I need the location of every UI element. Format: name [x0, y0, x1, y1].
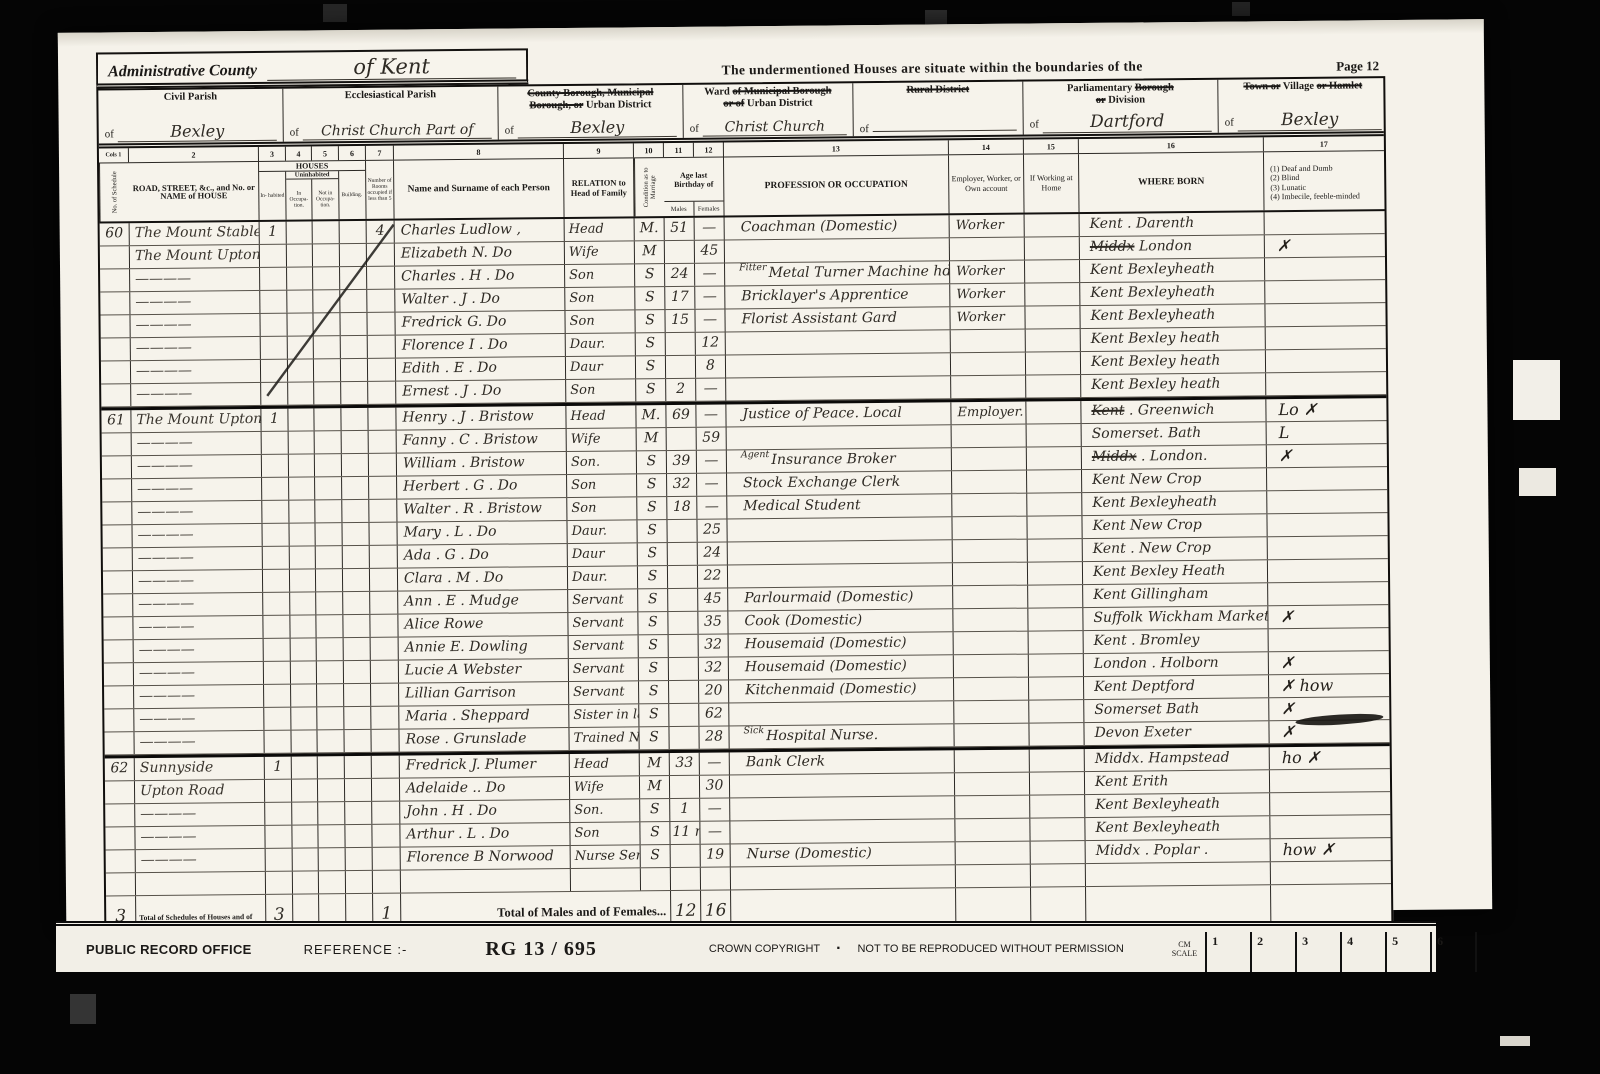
- name-header: Name and Surname of each Person: [394, 159, 565, 219]
- rooms-cell: [368, 336, 396, 358]
- address-cell: ————: [134, 685, 264, 708]
- infirmity-cell: [1266, 349, 1386, 372]
- rooms-cell: [368, 359, 396, 381]
- inserted-word: Fitter: [739, 261, 767, 278]
- age-female-cell: 30: [700, 775, 730, 797]
- working-at-home-cell: [1029, 723, 1084, 746]
- building-cell: [342, 477, 369, 499]
- occupation-text: Kitchenmaid (Domestic): [745, 681, 917, 699]
- scan-artifact: [1500, 1036, 1530, 1046]
- inhabited-cell: [263, 616, 290, 638]
- ruler-cell: 4: [1340, 932, 1385, 972]
- inhabited-cell: [260, 245, 287, 267]
- schedule-number-cell: [104, 732, 134, 754]
- employer-cell: [953, 540, 1028, 563]
- civil-parish-cell: Civil Parish ofBexley: [98, 89, 284, 144]
- schedule-number-cell: [105, 781, 135, 803]
- where-born-text: Kent Bexley heath: [1091, 330, 1220, 347]
- struck-text: Town or: [1243, 81, 1280, 92]
- occupation-cell: [730, 773, 955, 797]
- where-born-cell: Kent . Darenth: [1080, 212, 1265, 236]
- not-in-occupation-cell: [318, 825, 345, 847]
- column-number: 15: [1024, 139, 1079, 154]
- rooms-cell: [370, 546, 398, 568]
- occupation-cell: [728, 563, 953, 587]
- not-in-occupation-cell: [316, 592, 343, 614]
- employer-cell: [954, 678, 1029, 701]
- condition-cell: S: [640, 799, 670, 821]
- schedule-number-cell: [102, 525, 132, 547]
- occupation-cell: AgentInsurance Broker: [727, 448, 952, 472]
- not-in-occupation-cell: [314, 382, 341, 404]
- condition-cell: S: [639, 635, 669, 657]
- where-born-cell: Kent Bexleyheath: [1085, 793, 1270, 817]
- in-occupation-cell: [292, 802, 318, 824]
- relation-cell: Son: [565, 310, 635, 333]
- employer-cell: Worker: [950, 261, 1025, 284]
- where-born-text: London . Holborn: [1094, 655, 1219, 672]
- building-cell: [346, 848, 373, 870]
- infirmity-cell: ✗: [1265, 234, 1385, 257]
- condition-cell: M: [637, 428, 667, 450]
- in-occupation-cell: [288, 336, 314, 358]
- town-village-label: Town or Village or Hamlet: [1222, 80, 1383, 93]
- name-cell: Henry . J . Bristow: [396, 406, 566, 430]
- infirmity-line: (1) Deaf and Dumb: [1270, 163, 1333, 173]
- not-in-occupation-cell: [315, 500, 342, 522]
- age-male-cell: [666, 333, 696, 355]
- struck-text: Borough: [1135, 82, 1174, 93]
- page-number: Page 12: [1336, 58, 1385, 76]
- building-cell: [340, 244, 367, 266]
- inhabited-cell: [264, 731, 291, 753]
- schedule-number-cell: [102, 433, 132, 455]
- building-cell: [343, 592, 370, 614]
- in-occupation-cell: [289, 431, 315, 453]
- ruler-cell: 1: [1205, 932, 1250, 972]
- schedule-number-cell: [100, 269, 130, 291]
- where-born-text: Kent Erith: [1095, 773, 1169, 790]
- age-female-cell: 32: [699, 634, 729, 656]
- column-number: 17: [1264, 136, 1384, 151]
- struck-text: Middx: [1090, 239, 1135, 255]
- condition-cell: M: [640, 753, 670, 775]
- age-male-cell: [669, 727, 699, 749]
- rooms-cell: [369, 523, 397, 545]
- females-header: Females: [694, 201, 724, 215]
- of-word: of: [105, 128, 114, 140]
- occupation-text: Nurse (Domestic): [747, 845, 872, 862]
- ruler-cell: 3: [1295, 932, 1340, 972]
- age-female-cell: 45: [698, 588, 728, 610]
- relation-cell: Sister in law: [569, 704, 639, 727]
- relation-cell: [571, 868, 641, 891]
- where-born-text: Kent New Crop: [1092, 517, 1201, 534]
- schedule-number-cell: [102, 479, 132, 501]
- label-text: Urban District: [747, 97, 813, 109]
- ruler-cell: [1475, 932, 1520, 972]
- condition-cell: S: [637, 497, 667, 519]
- working-at-home-cell: [1031, 864, 1086, 887]
- occupation-cell: [725, 238, 950, 262]
- infirmity-cell: [1265, 280, 1385, 303]
- employer-cell: [955, 773, 1030, 796]
- infirmity-cell: [1269, 628, 1389, 651]
- working-at-home-cell: [1027, 493, 1082, 516]
- column-number: 9: [564, 143, 634, 158]
- infirmity-cell: ✗: [1269, 697, 1389, 720]
- rooms-cell: [369, 431, 397, 453]
- age-male-cell: [669, 704, 699, 726]
- relation-cell: Wife: [565, 241, 635, 264]
- working-at-home-cell: [1029, 654, 1084, 677]
- age-female-cell: 28: [699, 726, 729, 748]
- working-at-home-cell: [1029, 631, 1084, 654]
- relation-cell: Son: [565, 264, 635, 287]
- where-born-cell: Kent Bexleyheath: [1082, 491, 1267, 515]
- occupation-text: Insurance Broker: [771, 451, 895, 468]
- ruler-cell: 6: [1430, 932, 1475, 972]
- rural-district-label: Rural District: [906, 84, 969, 96]
- label-text: Ward: [704, 86, 730, 97]
- schedule-number-cell: [101, 384, 131, 406]
- condition-cell: M: [635, 241, 665, 263]
- scan-artifact: [323, 4, 347, 22]
- name-cell: Ann . E . Mudge: [398, 590, 568, 614]
- condition-cell: S: [636, 333, 666, 355]
- age-title: Age last Birthday of: [664, 157, 723, 201]
- working-at-home-cell: [1028, 608, 1083, 631]
- inhabited-cell: [264, 708, 291, 730]
- working-at-home-cell: [1030, 795, 1085, 818]
- in-occupation-cell: [293, 871, 319, 893]
- employer-cell: [952, 425, 1027, 448]
- working-at-home-cell: [1025, 283, 1080, 306]
- age-male-cell: [666, 356, 696, 378]
- ward-value: Christ Church: [703, 118, 847, 136]
- occupation-cell: Housemaid (Domestic): [729, 655, 954, 679]
- address-cell: ————: [130, 314, 260, 337]
- struck-text: or: [1096, 94, 1106, 105]
- schedule-number-cell: 61: [101, 410, 131, 432]
- ward-cell: Ward of Municipal Borough or of Urban Di…: [683, 83, 854, 138]
- column-number: 12: [694, 142, 724, 156]
- where-born-cell: Somerset Bath: [1084, 698, 1269, 722]
- relation-cell: Daur: [568, 543, 638, 566]
- address-cell: [136, 872, 266, 895]
- crown-copyright-label: CROWN COPYRIGHT: [709, 943, 820, 955]
- rural-district-cell: Rural District of: [853, 82, 1024, 137]
- scan-artifact: [70, 994, 96, 1024]
- in-occupation-cell: [289, 454, 315, 476]
- age-female-cell: —: [696, 378, 726, 400]
- working-at-home-cell: [1026, 401, 1081, 424]
- not-in-occupation-cell: [317, 707, 344, 729]
- scan-artifact: [1519, 468, 1556, 496]
- employer-cell: [952, 494, 1027, 517]
- schedule-number-cell: [104, 709, 134, 731]
- label-text: Village: [1283, 81, 1314, 92]
- occupation-cell: Florist Assistant Gard: [725, 307, 950, 331]
- inhabited-cell: [266, 849, 293, 871]
- struck-text: Middx: [1092, 449, 1137, 465]
- where-born-text: Middx. Hampstead: [1095, 750, 1230, 767]
- parliamentary-cell: Parliamentary Borough or Division ofDart…: [1023, 80, 1218, 135]
- relation-cell: Son: [570, 822, 640, 845]
- employer-cell: Worker: [950, 307, 1025, 330]
- census-scan-page: { "admin": { "label": "Administrative Co…: [0, 0, 1600, 1074]
- where-born-cell: Kent Bexleyheath: [1085, 816, 1270, 840]
- condition-cell: S: [635, 264, 665, 286]
- building-cell: [342, 523, 369, 545]
- rooms-cell: [368, 382, 396, 404]
- footer-bar: PUBLIC RECORD OFFICE REFERENCE :- RG 13 …: [56, 921, 1436, 972]
- not-in-occupation-cell: [314, 408, 341, 430]
- inhabited-cell: [263, 547, 290, 569]
- inhabited-cell: [261, 383, 288, 405]
- inhabited-cell: [262, 455, 289, 477]
- infirmity-cell: Lo ✗: [1266, 398, 1386, 421]
- address-cell: ————: [134, 708, 264, 731]
- where-born-text: Kent Bexley heath: [1091, 353, 1220, 370]
- condition-cell: S: [636, 356, 666, 378]
- table-frame: Civil Parish ofBexley Ecclesiastical Par…: [96, 76, 1393, 943]
- scan-artifact: [1513, 360, 1560, 420]
- age-male-cell: [668, 543, 698, 565]
- relation-cell: Son: [567, 474, 637, 497]
- age-male-cell: [669, 681, 699, 703]
- occupation-cell: Bank Clerk: [730, 750, 955, 774]
- age-female-cell: —: [696, 404, 726, 426]
- cm-ruler: 1 2 3 4 5 6: [1205, 932, 1520, 972]
- schedule-number-cell: [100, 315, 130, 337]
- relation-cell: Servant: [568, 589, 638, 612]
- occupation-cell: Medical Student: [727, 494, 952, 518]
- infirmity-line: (2) Blind: [1270, 173, 1299, 183]
- age-male-cell: 2: [666, 379, 696, 401]
- occupation-cell: [730, 796, 955, 820]
- administrative-county-value: of Kent: [267, 53, 516, 80]
- building-cell: [345, 802, 372, 824]
- occupation-cell: [726, 353, 951, 377]
- occupation-cell: [730, 819, 955, 843]
- relation-cell: Servant: [569, 635, 639, 658]
- infirmity-cell: [1267, 467, 1387, 490]
- condition-cell: M.: [635, 218, 665, 240]
- not-in-occupation-cell: [313, 244, 340, 266]
- working-at-home-cell: [1027, 470, 1082, 493]
- in-occupation-cell: [290, 546, 316, 568]
- of-word: of: [860, 123, 869, 135]
- rooms-cell: [372, 756, 400, 778]
- struck-text: or of: [723, 98, 744, 109]
- not-in-occupation-cell: [318, 756, 345, 778]
- age-female-cell: [701, 867, 731, 889]
- inhabited-cell: [260, 314, 287, 336]
- parliamentary-label: Parliamentary Borough or Division: [1027, 82, 1213, 107]
- building-cell: [344, 638, 371, 660]
- building-cell: [345, 779, 372, 801]
- working-at-home-cell: [1025, 306, 1080, 329]
- not-in-occupation-cell: [313, 221, 340, 243]
- employer-cell: [953, 609, 1028, 632]
- name-cell: Ada . G . Do: [398, 544, 568, 568]
- building-cell: [343, 615, 370, 637]
- age-male-cell: [671, 868, 701, 890]
- address-cell: ————: [132, 455, 262, 478]
- address-cell: ————: [132, 501, 262, 524]
- occupation-text: Metal Turner Machine hd.: [768, 263, 950, 281]
- schedule-number-cell: [104, 686, 134, 708]
- name-cell: Fredrick J. Plumer: [400, 754, 570, 778]
- where-born-cell: Kent . Greenwich: [1081, 399, 1266, 423]
- employer-cell: [954, 632, 1029, 655]
- age-female-cell: —: [700, 798, 730, 820]
- rooms-cell: [371, 684, 399, 706]
- infirmity-cell: how ✗: [1271, 838, 1391, 861]
- name-cell: Fredrick G. Do: [395, 311, 565, 335]
- occupation-cell: SickHospital Nurse.: [729, 724, 954, 748]
- rooms-cell: [372, 779, 400, 801]
- occupation-cell: Justice of Peace. Local: [726, 402, 951, 426]
- building-cell: [343, 569, 370, 591]
- scan-artifact: [1232, 2, 1250, 16]
- working-at-home-cell: [1026, 375, 1081, 398]
- schedule-number-cell: [102, 456, 132, 478]
- where-born-cell: Kent Bexleyheath: [1080, 281, 1265, 305]
- where-born-text: London: [1134, 238, 1192, 255]
- working-at-home-cell: [1029, 700, 1084, 723]
- rooms-cell: [370, 569, 398, 591]
- schedule-number-cell: [103, 617, 133, 639]
- name-cell: Herbert . G . Do: [397, 475, 567, 499]
- not-in-occupation-cell: [313, 290, 340, 312]
- civil-parish-value: Bexley: [118, 121, 277, 143]
- condition-cell: S: [635, 287, 665, 309]
- struck-text: or Hamlet: [1317, 80, 1363, 91]
- age-female-cell: —: [700, 821, 730, 843]
- address-cell: ————: [132, 524, 262, 547]
- civil-parish-label: Civil Parish: [102, 91, 278, 104]
- address-cell: ————: [131, 360, 261, 383]
- in-occupation-cell: [288, 359, 314, 381]
- building-cell: [340, 313, 367, 335]
- where-born-cell: Kent Gillingham: [1083, 583, 1268, 607]
- age-male-cell: [665, 241, 695, 263]
- condition-cell: S: [641, 845, 671, 867]
- condition-cell: S: [638, 566, 668, 588]
- cm-scale-label: CM SCALE: [1172, 940, 1197, 958]
- not-in-occupation-cell: [319, 848, 346, 870]
- age-female-cell: 25: [697, 519, 727, 541]
- inhabited-cell: 1: [265, 757, 292, 779]
- schedule-number-cell: [101, 361, 131, 383]
- age-male-cell: [671, 845, 701, 867]
- inhabited-cell: [264, 662, 291, 684]
- rooms-cell: [371, 661, 399, 683]
- schedule-number-cell: [105, 827, 135, 849]
- age-male-cell: 15: [665, 310, 695, 332]
- address-cell: Upton Road: [135, 780, 265, 803]
- where-born-text: Kent Bexleyheath: [1090, 307, 1215, 324]
- building-cell: [345, 756, 372, 778]
- employer-cell: [954, 724, 1029, 747]
- inhabited-cell: [261, 360, 288, 382]
- in-occupation-cell: [293, 848, 319, 870]
- building-cell: [344, 730, 371, 752]
- rooms-cell: [367, 290, 395, 312]
- rooms-cell: [373, 848, 401, 870]
- condition-cell: S: [638, 612, 668, 634]
- name-cell: Adelaide .. Do: [400, 777, 570, 801]
- occupation-cell: [726, 376, 951, 400]
- rooms-cell: [372, 802, 400, 824]
- working-at-home-cell: [1026, 329, 1081, 352]
- not-in-occupation-cell: [317, 684, 344, 706]
- age-male-cell: [668, 566, 698, 588]
- infirmity-cell: ✗: [1267, 444, 1387, 467]
- working-at-home-cell: [1028, 539, 1083, 562]
- inhabited-cell: [263, 570, 290, 592]
- inhabited-header: In- habited: [259, 172, 286, 220]
- inhabited-cell: 1: [260, 222, 287, 244]
- in-occupation-cell: [287, 221, 313, 243]
- age-female-cell: 35: [698, 611, 728, 633]
- occupation-cell: FitterMetal Turner Machine hd.: [725, 261, 950, 285]
- age-female-cell: 8: [696, 355, 726, 377]
- not-in-occupation-cell: [315, 523, 342, 545]
- occupation-text: Bank Clerk: [746, 754, 825, 771]
- age-female-cell: 32: [699, 657, 729, 679]
- administrative-county-box: Administrative County of Kent: [96, 48, 528, 88]
- name-cell: Annie E. Dowling: [399, 636, 569, 660]
- age-female-cell: 12: [696, 332, 726, 354]
- name-cell: Lillian Garrison: [399, 682, 569, 706]
- infirmity-cell: [1271, 861, 1391, 884]
- age-female-cell: 45: [695, 240, 725, 262]
- inhabited-cell: [265, 803, 292, 825]
- where-born-cell: Kent . New Crop: [1083, 537, 1268, 561]
- working-at-home-header: If Working at Home: [1024, 154, 1080, 213]
- address-cell: ————: [135, 826, 265, 849]
- building-cell: [340, 221, 367, 243]
- employer-cell: [952, 471, 1027, 494]
- houses-header: HOUSES In- habited Uninhabited In Occupa…: [259, 161, 367, 220]
- inhabited-cell: [262, 432, 289, 454]
- census-sheet: Administrative County of Kent The underm…: [58, 19, 1492, 923]
- where-born-text: Kent Bexley Heath: [1093, 563, 1226, 580]
- rooms-cell: [367, 267, 395, 289]
- occupation-cell: Bricklayer's Apprentice: [725, 284, 950, 308]
- not-in-occupation-cell: [318, 779, 345, 801]
- age-female-cell: —: [697, 496, 727, 518]
- where-born-text: Kent Bexleyheath: [1092, 494, 1217, 511]
- age-female-cell: —: [695, 217, 725, 239]
- relation-cell: Servant: [569, 681, 639, 704]
- occupation-text: Housemaid (Domestic): [745, 658, 907, 676]
- building-cell: [343, 546, 370, 568]
- not-in-occupation-header: Not in Occupa- tion.: [312, 179, 338, 219]
- age-male-cell: 33: [670, 753, 700, 775]
- occupation-cell: Cook (Domestic): [728, 609, 953, 633]
- employer-cell: [955, 819, 1030, 842]
- cm-label: CM: [1178, 940, 1190, 949]
- column-number: 14: [949, 140, 1024, 155]
- building-cell: [342, 500, 369, 522]
- employer-cell: [950, 238, 1025, 261]
- where-born-text: . Greenwich: [1124, 402, 1214, 419]
- name-cell: Rose . Grunslade: [399, 728, 569, 752]
